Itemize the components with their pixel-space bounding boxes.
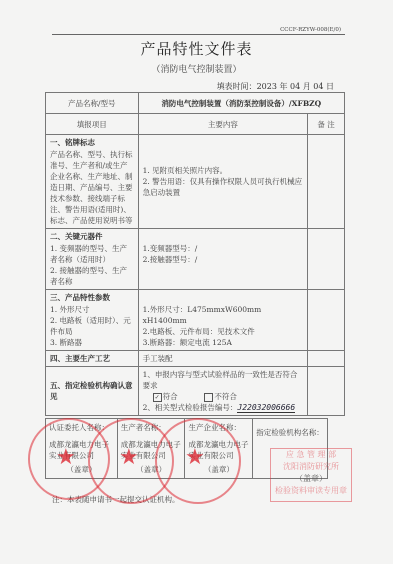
nonconform-label: 不符合 (214, 392, 237, 401)
seal-star-icon: ★ (185, 447, 205, 469)
fill-date-value: 2023 年 04 月 04 日 (257, 82, 334, 91)
table-row: 一、铭牌标志 产品名称、型号、执行标准号、生产者和/或生产企业名称、生产地址、制… (46, 135, 345, 229)
report-number-label: 2、相关型式检验报告编号： (143, 403, 238, 412)
row4-title: 四、主要生产工艺 (46, 351, 139, 367)
row5-content-line: 1、申报内容与型式试验样品的一致性是否符合要求 (143, 369, 303, 391)
row5-remark (308, 367, 345, 416)
table-row: 四、主要生产工艺 手工装配 (46, 351, 345, 367)
inspection-body-label: 指定检验机构名称： (256, 427, 324, 438)
row3-content-line: 1.外形尺寸：L475mmxW600mm xH1400mm (143, 304, 303, 326)
row4-remark (308, 351, 345, 367)
row3-item-line: 1. 外形尺寸 (50, 304, 134, 315)
row1-remark (308, 135, 345, 229)
row1-item-text: 产品名称、型号、执行标准号、生产者和/或生产企业名称、生产地址、制造日期、产品编… (50, 149, 134, 226)
row5-content: 1、申报内容与型式试验样品的一致性是否符合要求 ✓符合 不符合 2、相关型式检验… (138, 367, 307, 416)
conform-checkbox[interactable]: ✓ (153, 393, 162, 402)
page-subtitle: （消防电气控制装置） (0, 62, 393, 75)
page-title: 产品特性文件表 (0, 38, 393, 59)
inspection-stamp: 应 急 管 理 部 沈阳消防研究所 （盖章） 检验资料审读专用章 (270, 448, 352, 502)
row3-content-line: 3.断路器：额定电流 125A (143, 337, 303, 348)
stamp-line: 沈阳消防研究所 (271, 461, 351, 473)
row3-item: 三、产品特性参数 1. 外形尺寸 2. 电路板（适用时）、元件布局 3. 断路器 (46, 290, 139, 351)
row3-title: 三、产品特性参数 (50, 292, 134, 303)
row3-content: 1.外形尺寸：L475mmxW600mm xH1400mm 2.电路板、元件布局… (138, 290, 307, 351)
row2-item: 二、关键元器件 1. 变频器的型号、生产者名称（适用时） 2. 接触器的型号、生… (46, 229, 139, 290)
table-row: 五、指定检验机构确认意见 1、申报内容与型式试验样品的一致性是否符合要求 ✓符合… (46, 367, 345, 416)
table-row: 三、产品特性参数 1. 外形尺寸 2. 电路板（适用时）、元件布局 3. 断路器… (46, 290, 345, 351)
row5-title: 五、指定检验机构确认意见 (46, 367, 139, 416)
row3-remark (308, 290, 345, 351)
row2-content-line: 1.变频器型号：/ (143, 243, 303, 254)
table-row: 二、关键元器件 1. 变频器的型号、生产者名称（适用时） 2. 接触器的型号、生… (46, 229, 345, 290)
row1-title: 一、铭牌标志 (50, 137, 134, 148)
row2-item-line: 1. 变频器的型号、生产者名称（适用时） (50, 243, 134, 265)
row1-content: 1. 见附页相关照片内容。 2. 警告用语：仅具有操作权限人员可执行机械应急启动… (138, 135, 307, 229)
header-rule (52, 34, 345, 35)
row3-content-line: 2.电路板、元件布局：见技术文件 (143, 326, 303, 337)
row1-content-line: 1. 见附页相关照片内容。 (143, 165, 303, 176)
row3-item-line: 2. 电路板（适用时）、元件布局 (50, 315, 134, 337)
form-code: CCCF-RZYW-008(E/0) (280, 27, 341, 33)
row4-content: 手工装配 (138, 351, 307, 367)
stamp-line: 应 急 管 理 部 (271, 449, 351, 461)
header-row: 填报项目 主要内容 备 注 (46, 114, 345, 135)
col-remark-header: 备 注 (308, 114, 345, 135)
stamp-seal-label: （盖章） (271, 473, 351, 485)
report-number: J22032006666 (237, 403, 295, 413)
product-row: 产品名称/型号 消防电气控制装置（消防泵控制设备）/XFBZQ (46, 93, 345, 114)
nonconform-checkbox[interactable] (204, 393, 213, 402)
row2-item-line: 2. 接触器的型号、生产者名称 (50, 265, 134, 287)
row2-content-line: 2.接触器型号：/ (143, 254, 303, 265)
fill-date-label: 填表时间： (217, 82, 257, 91)
product-label: 产品名称/型号 (46, 93, 139, 114)
fill-date: 填表时间：2023 年 04 月 04 日 (217, 81, 334, 92)
row1-content-line: 2. 警告用语：仅具有操作权限人员可执行机械应急启动装置 (143, 176, 303, 198)
col-item-header: 填报项目 (46, 114, 139, 135)
seal-star-icon: ★ (119, 447, 139, 469)
conform-label: 符合 (163, 392, 178, 401)
seal-star-icon: ★ (56, 447, 76, 469)
row1-item: 一、铭牌标志 产品名称、型号、执行标准号、生产者和/或生产企业名称、生产地址、制… (46, 135, 139, 229)
conformity-options: ✓符合 不符合 (143, 391, 303, 402)
characteristics-table: 产品名称/型号 消防电气控制装置（消防泵控制设备）/XFBZQ 填报项目 主要内… (45, 92, 345, 416)
product-value: 消防电气控制装置（消防泵控制设备）/XFBZQ (138, 93, 344, 114)
stamp-line: 检验资料审读专用章 (271, 485, 351, 497)
report-number-line: 2、相关型式检验报告编号：J22032006666 (143, 402, 303, 413)
row2-content: 1.变频器型号：/ 2.接触器型号：/ (138, 229, 307, 290)
row3-item-line: 3. 断路器 (50, 337, 134, 348)
col-content-header: 主要内容 (138, 114, 307, 135)
row2-title: 二、关键元器件 (50, 231, 134, 242)
row2-remark (308, 229, 345, 290)
